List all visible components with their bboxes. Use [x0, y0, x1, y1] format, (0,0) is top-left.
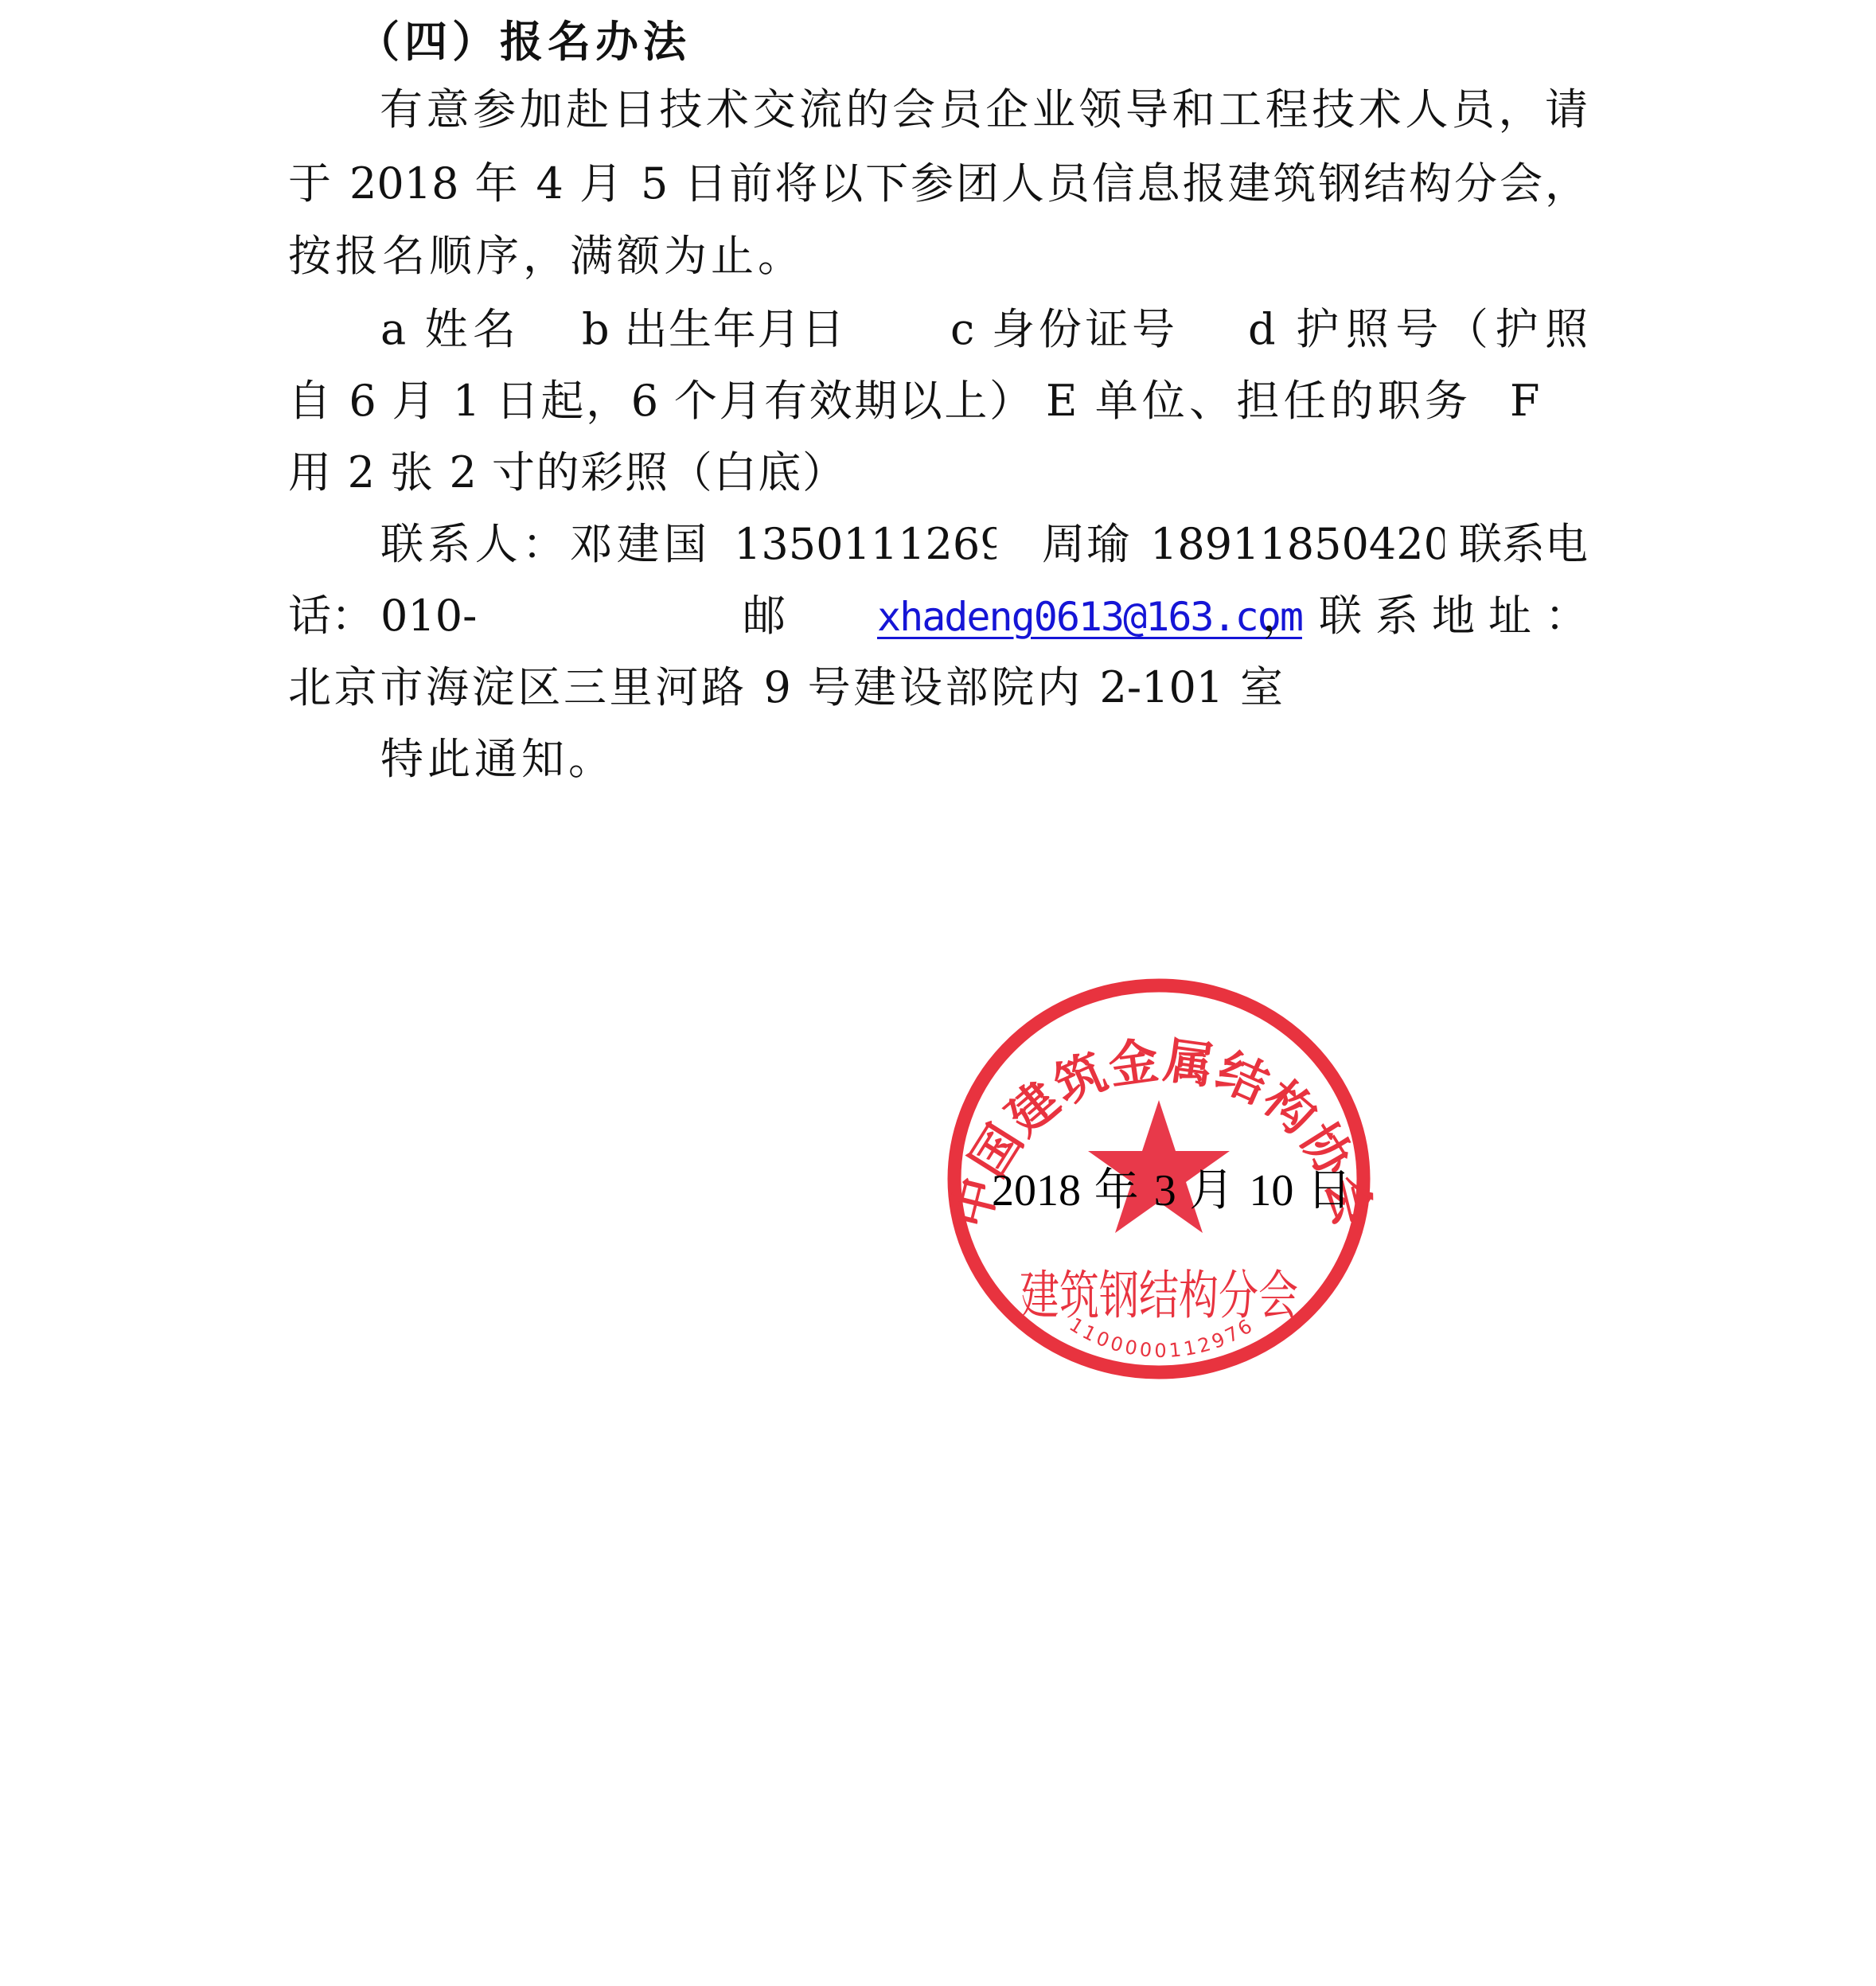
tel-number: 010-58934476 [380, 592, 667, 640]
contact-phone-2: 18911850420， [1150, 521, 1445, 568]
tel-label-start: 联系电 [1459, 521, 1588, 568]
seal-center-text: 建筑钢结构分会 [1020, 1265, 1298, 1326]
paragraph-line-1: 有意参加赴日技术交流的会员企业领导和工程技术人员，请 [380, 86, 1588, 134]
email-container: xhadeng0613@163.com [877, 592, 1302, 640]
requirement-d: d 护照号（护照须 [1248, 306, 1588, 353]
contact-person-1: 联系人：邓建国 [380, 521, 707, 568]
requirement-d-continued: 自 6 月 1 日起，6 个月有效期以上） [288, 377, 1032, 425]
requirement-e: E 单位、担任的职务 [1046, 377, 1468, 425]
address-label: ，联系地址： [1262, 592, 1588, 640]
requirement-b: b 出生年月日 [582, 306, 844, 353]
email-label: 邮箱： [743, 592, 870, 640]
tel-label-end: 话： [288, 592, 374, 640]
email-link[interactable]: xhadeng0613@163.com [877, 594, 1302, 640]
contact-phone-1: 13501112692 [734, 521, 997, 568]
paragraph-line-3: 按报名顺序，满额为止。 [288, 232, 805, 280]
section-heading: （四）报名办法 [357, 16, 691, 67]
requirement-c: c 身份证号 [950, 306, 1175, 353]
signature-date: 2018 年 3 月 10 日 [992, 1167, 1351, 1215]
requirement-f-continued: 用 2 张 2 寸的彩照（白底） [288, 449, 845, 497]
requirement-a: a 姓名 [380, 306, 516, 353]
requirement-f: F 备 [1510, 377, 1588, 425]
paragraph-line-2: 于 2018 年 4 月 5 日前将以下参团人员信息报建筑钢结构分会， [288, 160, 1588, 208]
closing: 特此通知。 [380, 735, 615, 783]
address: 北京市海淀区三里河路 9 号建设部院内 2-101 室 [288, 664, 1283, 712]
contact-person-2: 周瑜 [1042, 521, 1129, 568]
